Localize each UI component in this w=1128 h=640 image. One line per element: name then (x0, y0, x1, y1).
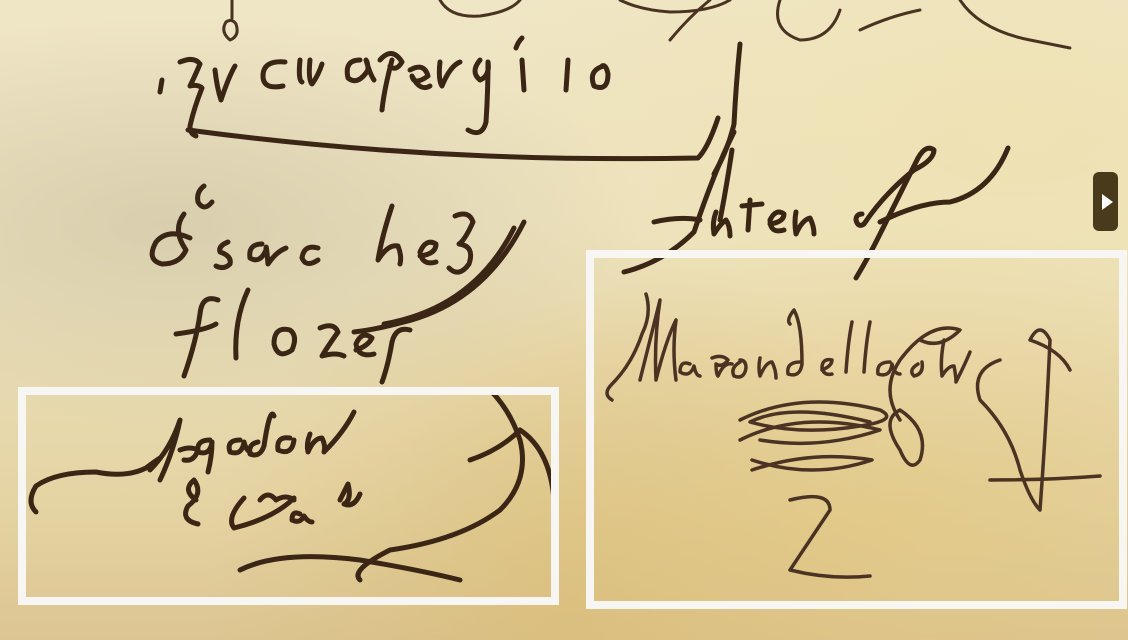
next-button[interactable] (1093, 172, 1118, 231)
top-line-text (160, 38, 740, 174)
signature-text-right: Martin de Villas Turi (594, 258, 595, 259)
signature-highlight-frame-left: Alexandro de Zarate (18, 387, 559, 605)
sanchez-text (152, 186, 524, 382)
signature-highlight-frame-right: Martin de Villas Turi (586, 250, 1127, 609)
top-fragments (224, 0, 1070, 48)
signature-text-left: Alexandro de Zarate (26, 395, 27, 396)
play-icon (1102, 194, 1113, 210)
